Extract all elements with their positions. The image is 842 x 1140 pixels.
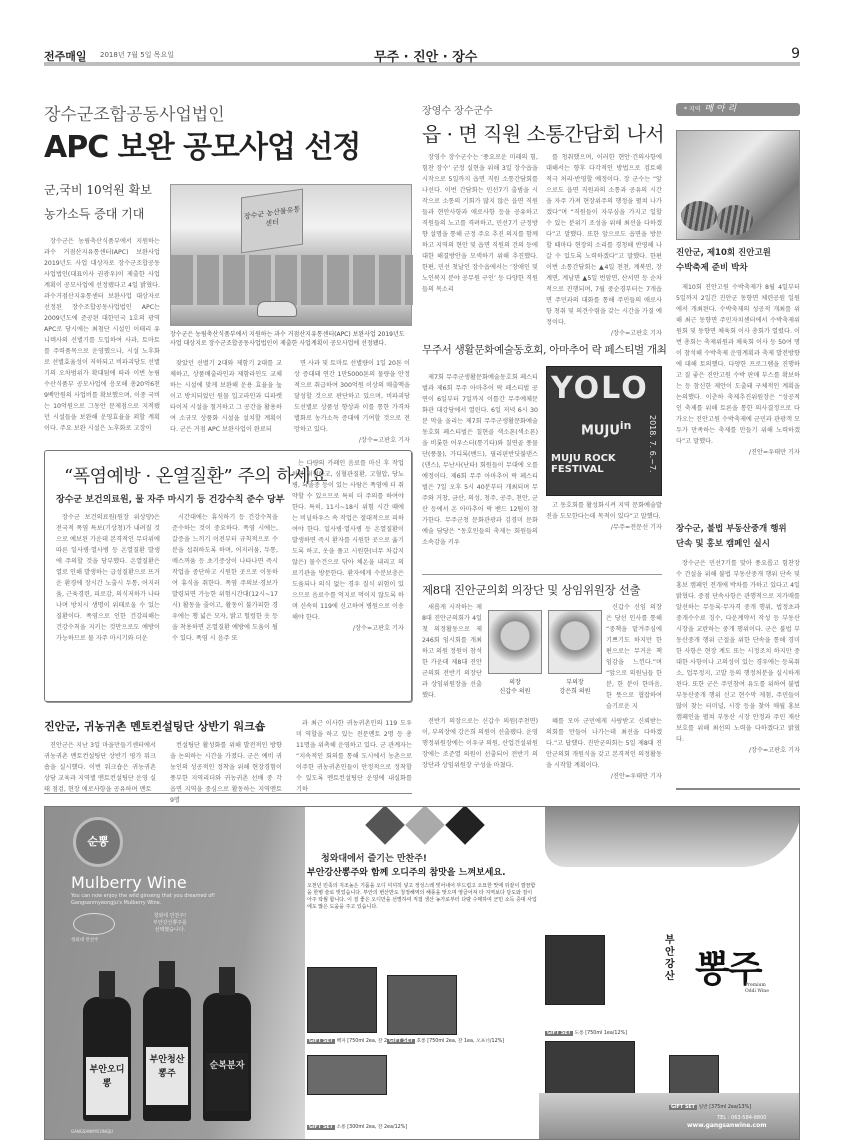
brand-logo: 순뽕 [73, 817, 123, 867]
jangsu-kicker: 장영수 장수군수 [422, 102, 493, 117]
council-body-col3: 전반기 의장으로는 신갑수 의원(주천면)이, 부의장에 강은희 의원이 선출됐… [422, 716, 538, 771]
bottle-neck [99, 971, 115, 999]
poster-muju: MUJUin [581, 419, 631, 438]
giftset-image [307, 967, 377, 1033]
heatwave-body-col3-wrap: 는 다량의 카페인 음료를 마신 후 작업하면 위험하고, 심혈관질환, 고혈압… [292, 458, 404, 632]
divider [44, 793, 412, 794]
apc-sub-2: 농가소득 증대 기대 [44, 202, 164, 226]
giftset-label: GIFT SET [307, 1125, 335, 1130]
apc-body-col1: 장수군은 농림축산식품부에서 지원하는 과수 거점산지유통센터(APC) 보완사… [44, 236, 160, 434]
sidebar-story1-byline: /진안=우태만 기자 [676, 447, 800, 456]
wine-bottle: 부안오디뽕 [83, 997, 131, 1121]
apc-sign: 장수군 농산물유통센터 [241, 189, 303, 254]
apc-photo-caption: 장수군은 농림축산식품부에서 지원하는 과수 거점산지유통센터(APC) 보완사… [170, 330, 412, 348]
giftset-type: 호롱 [416, 1039, 425, 1044]
ad-left-panel: 순뽕 Mulberry Wine You can now enjoy the w… [45, 807, 305, 1140]
heatwave-body-col3: 는 다량의 카페인 음료를 마신 후 작업하면 위험하고, 심혈관질환, 고혈압… [292, 458, 404, 623]
workshop-headline: 진안군, 귀농귀촌 멘토컨설팅단 상반기 워크숍 [44, 718, 265, 734]
ad-wine-sub-line2: Gangsanmyeongju's Mulberry Wine. [71, 900, 271, 907]
apc-byline: /장수=고판호 기자 [294, 435, 410, 444]
sidebar-story1-headline: 진안군, 제10회 진안고원 수박축제 준비 박차 [676, 246, 800, 276]
chairman-portrait [488, 610, 542, 674]
sidebar-tag-prefix: 지역 [689, 106, 701, 113]
ad-wine-sub-line1: You can now enjoy the wild ginseng that … [71, 893, 271, 900]
chairman-name: 신갑수 의원 [488, 687, 542, 696]
mulberry-image [365, 806, 405, 845]
poster-yolo: YOLO [551, 371, 649, 406]
muju-headline: 무주서 생활문화예술동호회, 아마추어 락 페스티벌 개최 [422, 342, 667, 357]
chairman-caption: 의장 신갑수 의원 [488, 678, 542, 696]
sidebar-story1-headline-line1: 진안군, 제10회 진안고원 [676, 246, 800, 261]
sidebar-story2-body-wrap: 장수군은 민선7기를 맞아 풍요롭고 힘찬장수 건설을 위해 불법 부동산중개 … [676, 558, 800, 754]
sidebar-story1-body-wrap: 제10회 진안고원 수박축제가 8월 4일부터 5일까지 2일간 진안군 동향면… [676, 282, 800, 456]
chairman-title: 의장 [488, 678, 542, 687]
giftset-caption: GIFT SET 도롱 [750ml 1ea/12%] [545, 1029, 627, 1036]
apc-body-col3: 면 사과 및 토마토 선별량이 1일 20톤 이상 증대돼 연간 1만5000톤… [294, 358, 410, 435]
giftset-image [307, 1055, 387, 1095]
giftset-spec: 375ml 2ea/13% [711, 1105, 749, 1110]
blue-house-seal-icon [73, 913, 115, 935]
apc-body-col3-wrap: 면 사과 및 토마토 선별량이 1일 20톤 이상 증대돼 연간 1만5000톤… [294, 358, 410, 444]
bullet-icon: * [684, 106, 687, 113]
poster-rock-festival: MUJU ROCK FESTIVAL [551, 453, 661, 475]
divider [676, 788, 800, 790]
wine-bottle: 부안청산 뽕주 [143, 987, 191, 1121]
vice-chair-title: 부의장 [548, 678, 602, 687]
ad-website: www.gangsanwine.com [687, 1122, 766, 1129]
giftset-spec: 750ml 2ea, 잔 1ea, 오프너/12% [429, 1039, 502, 1044]
giftset-caption: GIFT SET 호롱 [750ml 2ea, 잔 1ea, 오프너/12%] [387, 1037, 504, 1044]
giftset-type: 소롱 [336, 1125, 345, 1130]
jangsu-body-col2: 를 청취했으며, 이러한 현안·건의사항에 대해서는 향후 다각적인 방법으로 … [546, 152, 662, 328]
watermelon-festival-photo [676, 130, 800, 240]
council-body-col4-wrap: 혜를 모아 군민에게 사랑받고 신뢰받는 의회를 만들어 나가는데 최선을 다하… [546, 716, 662, 780]
wine-bottle: 순복분자 [203, 993, 251, 1121]
council-headline: 제8대 진안군의회 의장단 및 상임위원장 선출 [422, 582, 640, 598]
poster-in-text: in [620, 419, 631, 432]
masthead: 전주매일 2018년 7월 5일 목요일 무주 · 진안 · 장수 9 [44, 48, 800, 66]
jangsu-body-col2-wrap: 를 청취했으며, 이러한 현안·건의사항에 대해서는 향후 다각적인 방법으로 … [546, 152, 662, 337]
sidebar-story2-headline: 장수군, 불법 부동산중개 행위 단속 및 홍보 캠페인 실시 [676, 522, 800, 552]
giftset-label: GIFT SET [545, 1031, 573, 1036]
jangsu-byline: /장수=고판호 기자 [546, 328, 662, 337]
giftset-label: GIFT SET [669, 1105, 697, 1110]
muju-byline: /무주=전문선 기자 [546, 522, 662, 531]
watermelon [681, 201, 717, 231]
car [257, 301, 297, 317]
ad-headline-2: 부안강산뽕주와 함께 오디주의 참맛을 느껴보세요. [307, 865, 506, 878]
council-byline: /진안=우태만 기자 [546, 771, 662, 780]
heatwave-headline: “폭염예방 · 온열질환” 주의 하세요 [64, 462, 327, 488]
ad-wine-subtitle: You can now enjoy the wild ginseng that … [71, 893, 271, 907]
vice-chair-name: 강은희 의원 [548, 687, 602, 696]
heatwave-byline: /장수=고판호 기자 [292, 623, 404, 632]
giftset-badge-icon [445, 806, 485, 845]
sidebar-tag-title: 메 아 리 [704, 104, 736, 114]
giftset-image [545, 1041, 635, 1101]
page-number: 9 [791, 46, 800, 62]
sidebar-story2-body: 장수군은 민선7기를 맞아 풍요롭고 힘찬장수 건설을 위해 불법 부동산중개 … [676, 558, 800, 745]
festival-poster: YOLO MUJUin MUJU ROCK FESTIVAL 2018. 7. … [546, 366, 662, 496]
sidebar-story2-byline: /장수=고판호 기자 [676, 745, 800, 754]
section-title: 무주 · 진안 · 장수 [374, 46, 477, 65]
apc-sub-1: 군,국비 10억원 확보 [44, 178, 164, 202]
bottle-neck [159, 961, 175, 989]
bottle-label: 부안청산 뽕주 [146, 1047, 188, 1105]
ad-headline-1: 청와대에서 즐기는 만찬주! [321, 851, 427, 864]
giftset-caption: GIFT SET 소롱 [300ml 2ea, 잔 2ea/12%] [307, 1123, 407, 1130]
sidebar-story1-headline-line2: 수박축제 준비 박차 [676, 261, 800, 276]
apc-body-col2: 잦았던 선별기 2대와 제함기 2대를 교체하고, 상품배출라인과 제함라인도 … [170, 358, 282, 435]
apc-building-photo: 장수군 농산물유통센터 [170, 184, 412, 326]
bottle-neck [219, 967, 235, 995]
apc-subheadline: 군,국비 10억원 확보 농가소득 증대 기대 [44, 178, 164, 226]
ad-brand-small: GANGSANMYEONGJU [71, 1129, 113, 1134]
workshop-body-col2: 컨설팅단 활성화를 위해 발전적인 방향을 논의하는 시간을 가졌다. 군은 예… [170, 740, 282, 806]
giftset-spec: 300ml 2ea, 잔 2ea/12% [349, 1125, 405, 1130]
ad-splash [545, 807, 800, 867]
giftset-image [387, 975, 457, 1035]
mulberry-wine-advertisement: 순뽕 Mulberry Wine You can now enjoy the w… [44, 806, 800, 1140]
fruit-image [405, 806, 445, 845]
council-body-col2: 신갑수 신임 의장은 당선 인사를 통해 “중책을 맡겨주심에 기쁘기도 하지만… [606, 602, 662, 712]
poster-muju-text: MUJU [581, 423, 620, 438]
council-body-col1: 새롭게 시작하는 제8대 진안군의회가 4일 첫 의정활동으로 제246회 임시… [422, 602, 482, 701]
building-facade [171, 255, 413, 305]
jangsu-body-col1: 장영수 장수군수는 ‘풍요로운 미래의 힘, 힘찬 장수’ 군정 실현을 위해 … [422, 152, 538, 295]
ad-left-note: 청와대 만찬주! 부안강산뽕주를 선택했습니다. [153, 913, 187, 934]
council-body-col4: 혜를 모아 군민에게 사랑받고 신뢰받는 의회를 만들어 나가는데 최선을 다하… [546, 716, 662, 771]
heatwave-body-col2: 시간대에는 휴식하기 등 건강수칙을 준수하는 것이 중요하다. 폭염 시에는,… [172, 512, 278, 644]
giftset-spec: 750ml 1ea/12% [587, 1031, 625, 1036]
ad-contact: TEL : 063-584-8800 www.gangsanwine.com [687, 1115, 766, 1130]
workshop-body-col1: 진안군은 지난 3일 마을만들기센터에서 귀농귀촌 멘토컨설팅단 상반기 평가 … [44, 740, 156, 795]
poster-dates: 2018. 7. 6.~7. [648, 415, 657, 473]
muju-body-col1: 제7회 무주군생활문화예술동호회 페스티벌과 제6회 무주 아마추어 락 페스티… [422, 372, 538, 548]
heatwave-body-col1: 장수군 보건의료원(원장 위상양)은 전국적 폭염 특보(기상청)가 내려질 것… [56, 512, 160, 644]
giftset-caption: GIFT SET 일반 [375ml 2ea/13%] [669, 1103, 751, 1110]
muju-body-col2-wrap: 고 동호회를 활성화시켜 지역 문화예술발전을 도모한다는데 목적이 있다”고 … [546, 500, 662, 531]
heatwave-subheadline: 장수군 보건의료원, 물 자주 마시기 등 건강수칙 준수 당부 [56, 492, 284, 505]
apc-headline: APC 보완 공모사업 선정 [44, 122, 360, 166]
ad-tel: TEL : 063-584-8800 [687, 1115, 766, 1122]
workshop-body-col3: 과 최근 이사한 귀농귀촌인의 119 도우미 역할을 하고 있는 전문멘토 2… [296, 718, 412, 795]
paper-name: 전주매일 [44, 48, 87, 64]
giftset-type: 일반 [698, 1105, 707, 1110]
vice-chair-portrait [548, 610, 602, 674]
giftset-type: 백자 [336, 1039, 345, 1044]
bottle-label: 순복분자 [206, 1053, 248, 1111]
jangsu-headline: 읍 · 면 직원 소통간담회 나서 [422, 118, 664, 147]
sidebar-story2-headline-line1: 장수군, 불법 부동산중개 행위 [676, 522, 800, 537]
ad-body-text: 오천년 민족의 지조높은 기품을 오디 넉넉히 넣고 정성스레 빚어내어 부드럽… [307, 883, 537, 911]
divider [422, 574, 662, 575]
ad-premium-label: Premium Oddi Wine [745, 983, 769, 995]
giftset-label: GIFT SET [387, 1039, 415, 1044]
bottle-label: 부안오디뽕 [86, 1057, 128, 1115]
watermelon [717, 205, 753, 235]
ad-wine-title: Mulberry Wine [71, 873, 187, 892]
vice-chair-caption: 부의장 강은희 의원 [548, 678, 602, 696]
sidebar-story1-body: 제10회 진안고원 수박축제가 8월 4일부터 5일까지 2일간 진안군 동향면… [676, 282, 800, 447]
publish-date: 2018년 7월 5일 목요일 [100, 50, 174, 60]
giftset-type: 도롱 [574, 1031, 583, 1036]
sidebar-tag: * 지역 메 아 리 [676, 103, 800, 116]
giftset-label: GIFT SET [307, 1039, 335, 1044]
muju-body-col2: 고 동호회를 활성화시켜 지역 문화예술발전을 도모한다는데 목적이 있다”고 … [546, 500, 662, 522]
giftset-image [545, 935, 605, 1005]
seal-caption: 청와대 만찬주 [71, 937, 99, 943]
ad-brand-vertical: 부안강산 [665, 935, 677, 983]
sidebar-story2-headline-line2: 단속 및 홍보 캠페인 실시 [676, 537, 800, 552]
